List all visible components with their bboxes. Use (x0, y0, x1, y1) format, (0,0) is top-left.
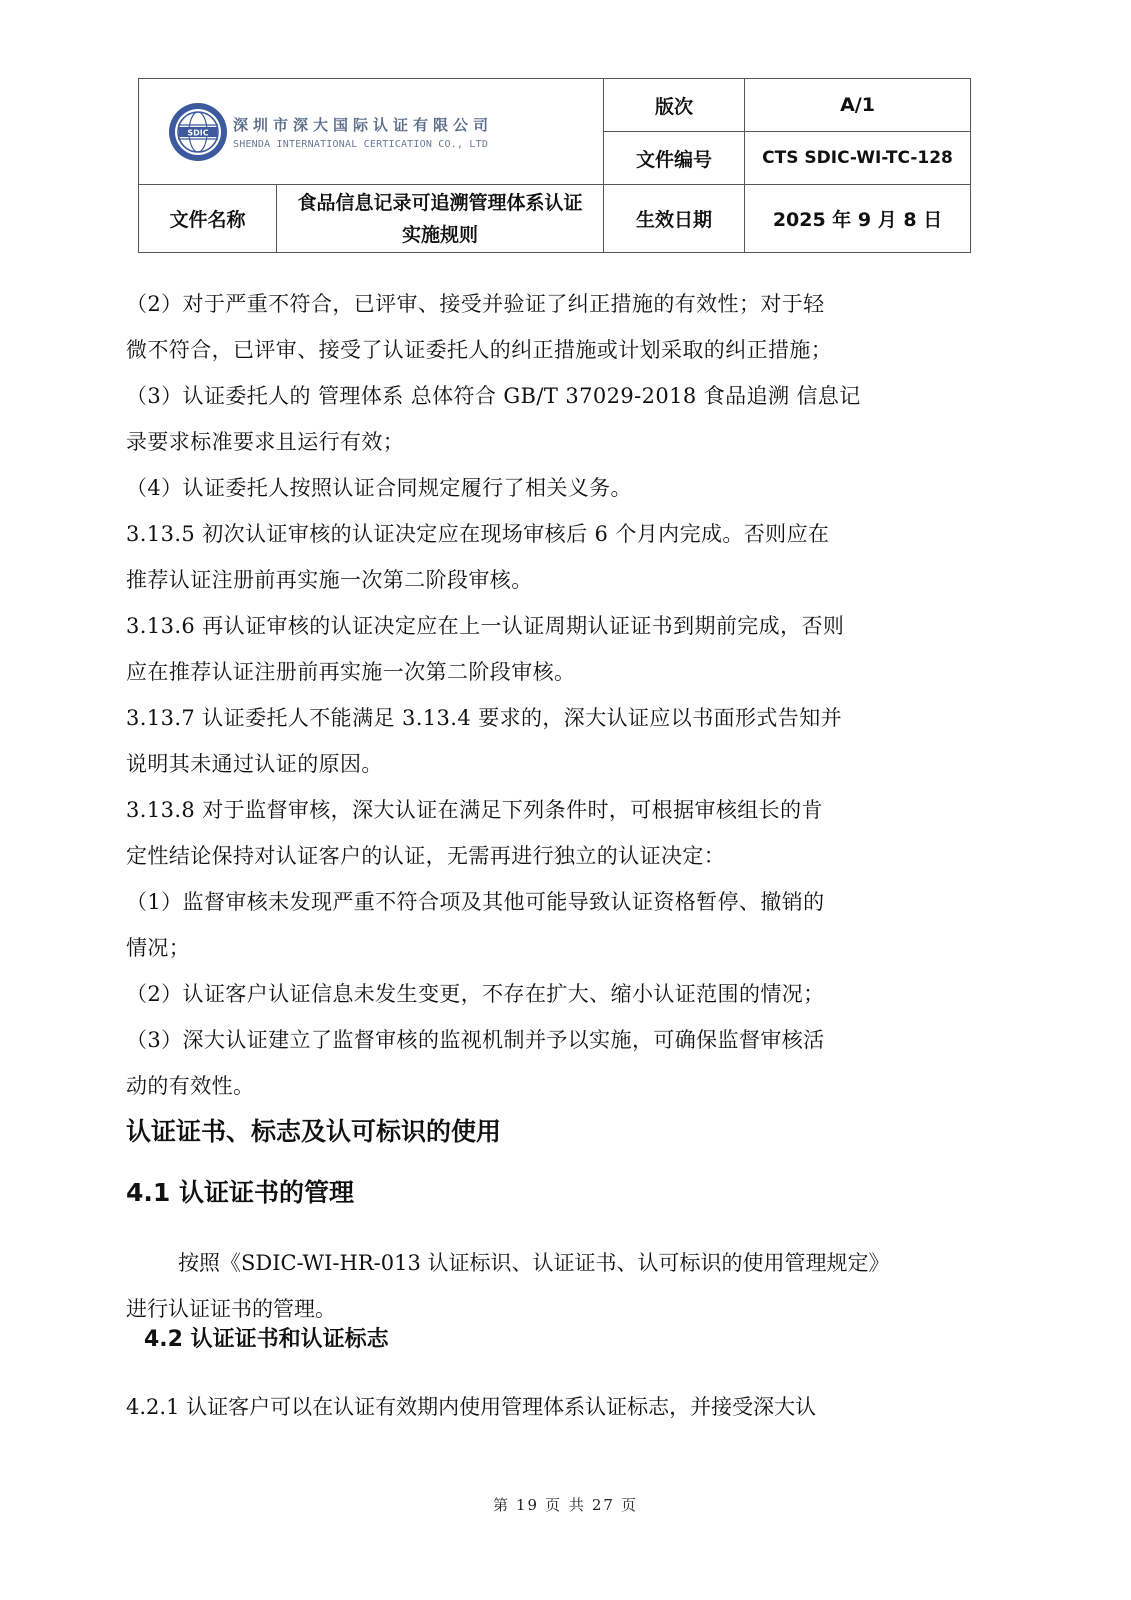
body-line: （3）深大认证建立了监督审核的监视机制并予以实施，可确保监督审核活 (126, 1017, 986, 1063)
body-line: 录要求标准要求且运行有效； (126, 419, 986, 465)
svg-text:SDIC: SDIC (187, 128, 208, 137)
doc-name-value: 食品信息记录可追溯管理体系认证 实施规则 (277, 185, 604, 253)
body-line: 微不符合，已评审、接受了认证委托人的纠正措施或计划采取的纠正措施； (126, 327, 986, 373)
page-footer: 第19页 共27页 (0, 1494, 1131, 1515)
body-line: 3.13.6 再认证审核的认证决定应在上一认证周期认证证书到期前完成，否则 (126, 603, 986, 649)
company-logo-cell: SDIC 深圳市深大国际认证有限公司 SHENDA INTERNATIONAL … (139, 79, 604, 185)
body-line: 动的有效性。 (126, 1063, 986, 1109)
doc-number-label: 文件编号 (604, 132, 745, 185)
paragraph-4-2-1: 4.2.1 认证客户可以在认证有效期内使用管理体系认证标志，并接受深大认 (126, 1384, 816, 1430)
paragraph-4-1: 按照《SDIC-WI-HR-013 认证标识、认证证书、认可标识的使用管理规定》… (126, 1240, 986, 1332)
doc-name-label: 文件名称 (139, 185, 277, 253)
company-name-en: SHENDA INTERNATIONAL CERTICATION CO., LT… (233, 139, 493, 150)
effective-date-value: 2025 年 9 月 8 日 (745, 185, 971, 253)
body-line: （1）监督审核未发现严重不符合项及其他可能导致认证资格暂停、撤销的 (126, 879, 986, 925)
section-heading-4: 认证证书、标志及认可标识的使用 (126, 1112, 501, 1148)
version-label: 版次 (604, 79, 745, 132)
version-value: A/1 (745, 79, 971, 132)
section-heading-4-1: 4.1 认证证书的管理 (126, 1173, 354, 1209)
body-line: 3.13.7 认证委托人不能满足 3.13.4 要求的，深大认证应以书面形式告知… (126, 695, 986, 741)
body-line: 定性结论保持对认证客户的认证，无需再进行独立的认证决定： (126, 833, 986, 879)
body-line: （2）认证客户认证信息未发生变更，不存在扩大、缩小认证范围的情况； (126, 971, 986, 1017)
body-line: 应在推荐认证注册前再实施一次第二阶段审核。 (126, 649, 986, 695)
body-line: 3.13.5 初次认证审核的认证决定应在现场审核后 6 个月内完成。否则应在 (126, 511, 986, 557)
company-name-cn: 深圳市深大国际认证有限公司 (233, 114, 493, 135)
section-heading-4-2: 4.2 认证证书和认证标志 (144, 1322, 389, 1353)
doc-number-value: CTS SDIC-WI-TC-128 (745, 132, 971, 185)
sdic-logo-icon: SDIC (167, 101, 229, 163)
page-total: 27 (592, 1496, 615, 1514)
body-line: （4）认证委托人按照认证合同规定履行了相关义务。 (126, 465, 986, 511)
body-line: 说明其未通过认证的原因。 (126, 741, 986, 787)
document-header-table: SDIC 深圳市深大国际认证有限公司 SHENDA INTERNATIONAL … (138, 78, 971, 253)
page-number: 19 (516, 1496, 539, 1514)
body-paragraphs: （2）对于严重不符合，已评审、接受并验证了纠正措施的有效性；对于轻 微不符合，已… (126, 281, 986, 1109)
body-line: （2）对于严重不符合，已评审、接受并验证了纠正措施的有效性；对于轻 (126, 281, 986, 327)
body-line: 情况； (126, 925, 986, 971)
body-line: 3.13.8 对于监督审核，深大认证在满足下列条件时，可根据审核组长的肯 (126, 787, 986, 833)
effective-date-label: 生效日期 (604, 185, 745, 253)
body-line: （3）认证委托人的 管理体系 总体符合 GB/T 37029-2018 食品追溯… (126, 373, 986, 419)
body-line: 推荐认证注册前再实施一次第二阶段审核。 (126, 557, 986, 603)
